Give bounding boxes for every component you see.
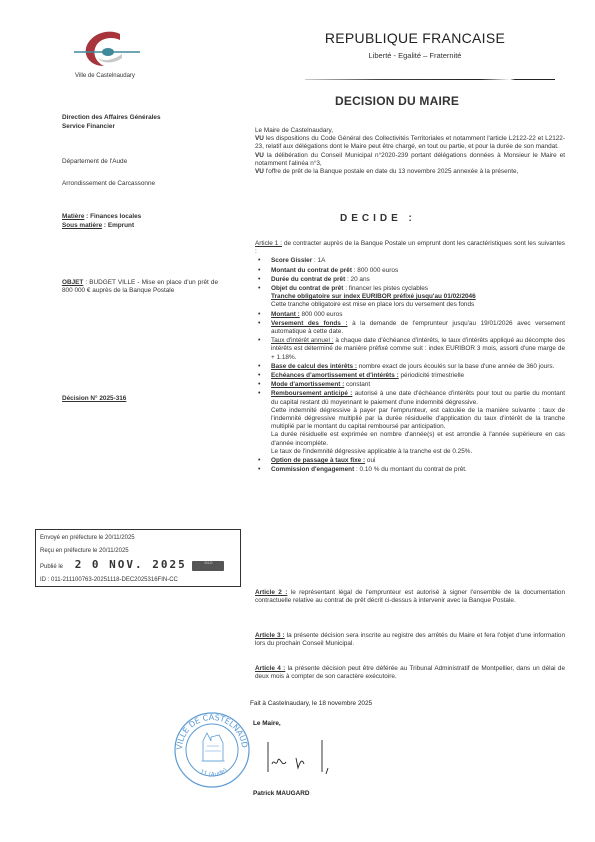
article-4: Article 4 : la présente décision peut êt… [255, 665, 565, 681]
tranche-detail: Cette tranche obligatoire est mise en pl… [271, 301, 565, 309]
header-rule [305, 79, 555, 80]
service-label: Service Financier [62, 123, 232, 131]
article-1-list: Score Gissler : 1AMontant du contrat de … [255, 257, 565, 474]
castelnaudary-logo-icon [74, 28, 142, 70]
arrondissement-label: Arrondissement de Carcassonne [62, 180, 232, 188]
article-1-item: Durée du contrat de prêt : 20 ans [255, 276, 565, 284]
signature-scribble [262, 738, 332, 778]
prefecture-stamp: Envoyé en préfecture le 20/11/2025 Reçu … [35, 529, 241, 587]
matiere-value: : Finances locales [84, 213, 141, 220]
indemnity-detail: La durée résiduelle est exprimée en nomb… [271, 431, 565, 447]
objet-label: OBJET [62, 279, 83, 286]
article-1-item: Score Gissler : 1A [255, 257, 565, 265]
article-1-item: Base de calcul des intérêts : nombre exa… [255, 363, 565, 371]
indemnity-detail: Le taux de l'indemnité dégressive applic… [271, 448, 565, 456]
logo-caption: Ville de Castelnaudary [75, 73, 135, 79]
city-seal-icon: VILLE DE CASTELNAUDARY 11 (Aude) [173, 711, 251, 789]
article-3: Article 3 : la présente décision sera in… [255, 632, 565, 648]
article-1-item: Echéances d'amortissement et d'intérêts … [255, 372, 565, 380]
republic-title: REPUBLIQUE FRANCAISE [315, 30, 515, 46]
article-1-item: Mode d'amortissement : constant [255, 381, 565, 389]
vu-3: VU l'offre de prêt de la Banque postale … [255, 168, 565, 176]
handwritten-signature-icon [262, 738, 332, 778]
stamp-received: Reçu en préfecture le 20/11/2025 [40, 545, 236, 558]
place-date: Fait à Castelnaudary, le 18 novembre 202… [250, 700, 372, 708]
mayor-role: Le Maire, [253, 720, 281, 728]
tranche-note: Tranche obligatoire sur index EURIBOR pr… [271, 293, 565, 301]
preamble: Le Maire de Castelnaudary, VU les dispos… [255, 127, 565, 176]
stamp-id: ID : 011-211100763-20251118-DEC2025316FI… [40, 574, 236, 587]
article-1-text: de contracter auprès de la Banque Postal… [255, 240, 565, 255]
article-2: Article 2 : le représentant légal de l'e… [255, 589, 565, 605]
article-1-label: Article 1 : [255, 240, 282, 247]
vu-2: VU la délibération du Conseil Municipal … [255, 152, 565, 168]
document-title: DECISION DU MAIRE [335, 94, 459, 108]
matiere: Matière : Finances locales [62, 213, 232, 221]
republic-motto: Liberté - Egalité – Fraternité [315, 51, 515, 60]
city-logo [74, 28, 142, 70]
mayor-name: Patrick MAUGARD [253, 790, 309, 798]
sous-matiere: Sous matière : Emprunt [62, 222, 232, 230]
article-1-item: Commission d'engagement : 0.10 % du mont… [255, 466, 565, 474]
article-1-item: Objet du contrat de prêt : financer les … [255, 285, 565, 310]
stamp-published-date: 2 0 NOV. 2025 [75, 558, 187, 571]
sous-matiere-label: Sous matière [62, 222, 102, 229]
article-1-item: Option de passage à taux fixe : oui [255, 457, 565, 465]
article-1: Article 1 : de contracter auprès de la B… [255, 240, 565, 475]
matiere-label: Matière [62, 213, 84, 220]
preamble-intro: Le Maire de Castelnaudary, [255, 127, 565, 135]
indemnity-detail: Cette indemnité dégressive à payer par l… [271, 407, 565, 432]
stamp-published: Publié le 2 0 NOV. 2025 S²LO [40, 558, 236, 574]
article-1-item: Montant : 800 000 euros [255, 311, 565, 319]
decision-number: Décision N° 2025-316 [62, 395, 232, 403]
vu-1: VU les dispositions du Code Général des … [255, 135, 565, 151]
objet: OBJET : BUDGET VILLE - Mise en place d'u… [62, 279, 218, 295]
article-1-item: Montant du contrat de prêt : 800 000 eur… [255, 267, 565, 275]
article-1-item: Remboursement anticipé : autorisé à une … [255, 390, 565, 456]
svg-text:11 (Aude): 11 (Aude) [199, 767, 229, 779]
article-1-item: Versement des fonds : à la demande de l'… [255, 320, 565, 336]
stamp-sent: Envoyé en préfecture le 20/11/2025 [40, 532, 236, 545]
direction-label: Direction des Affaires Générales [62, 114, 232, 122]
s2lo-badge: S²LO [192, 561, 224, 571]
objet-value: : BUDGET VILLE - Mise en place d'un prêt… [62, 279, 218, 294]
sous-matiere-value: : Emprunt [102, 222, 134, 229]
city-seal: VILLE DE CASTELNAUDARY 11 (Aude) [173, 711, 251, 789]
article-1-item: Taux d'intérêt annuel : à chaque date d'… [255, 337, 565, 362]
decide-heading: DECIDE : [340, 213, 416, 224]
departement-label: Département de l'Aude [62, 158, 232, 166]
